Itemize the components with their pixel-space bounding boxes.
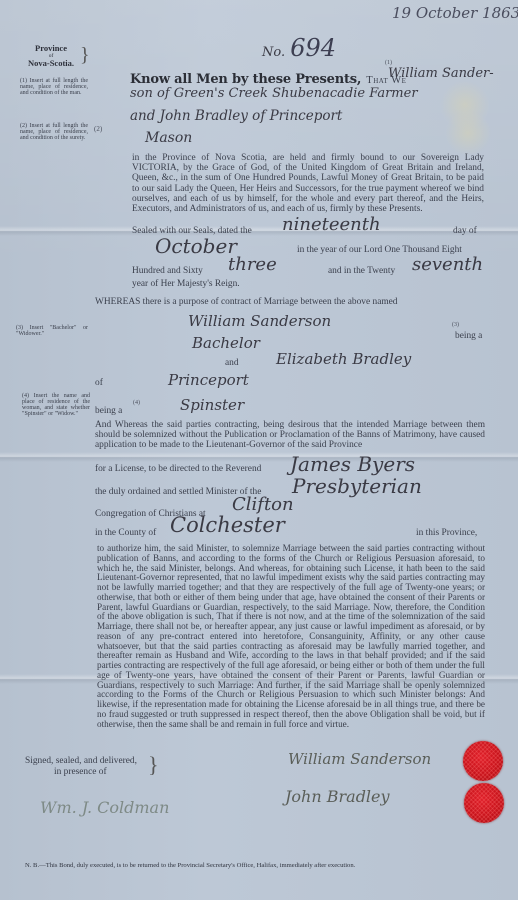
bride-residence: Princeport [168, 371, 249, 389]
heading-blackletter: Know all Men by these Presents, [130, 72, 361, 87]
hundred-sixty: Hundred and Sixty [132, 266, 203, 276]
groom-status: Bachelor [192, 334, 260, 352]
day-written: nineteenth [282, 214, 381, 235]
bride-status: Spinster [180, 396, 244, 414]
twenty: and in the Twenty [328, 266, 395, 276]
whereas-line: WHEREAS there is a purpose of contract o… [95, 297, 398, 307]
day-of: day of [453, 226, 477, 236]
denomination: Presbyterian [292, 474, 422, 498]
marriage-bond-document: 19 October 1863 No. 694 Province of Nova… [0, 0, 518, 900]
surety-occupation: Mason [145, 130, 192, 146]
license-reverend: for a License, to be directed to the Rev… [95, 464, 261, 474]
and-word: and [225, 358, 239, 368]
being-a-1: being a [455, 331, 482, 341]
heading: Know all Men by these Presents, That We [130, 68, 406, 87]
wax-seal-surety [464, 783, 504, 823]
condition-paragraph: to authorize him, the said Minister, to … [97, 544, 485, 729]
county: Colchester [170, 513, 285, 537]
marker-3: (3) [452, 322, 459, 328]
county-of: in the County of [95, 528, 156, 538]
wax-seal-principal [463, 741, 503, 781]
bond-paragraph: in the Province of Nova Scotia, are held… [132, 153, 484, 214]
margin-note-4: (4) Insert the name and place of residen… [22, 393, 90, 417]
reign-line: year of Her Majesty's Reign. [132, 279, 240, 289]
being-a-2: being a [95, 406, 122, 416]
principal-line1: William Sander- [388, 66, 494, 81]
bride-name: Elizabeth Bradley [276, 350, 411, 368]
surety-signature: John Bradley [285, 787, 390, 806]
in-province: in this Province, [416, 528, 477, 538]
brace: } [80, 45, 90, 65]
witness-signature: Wm. J. Coldman [40, 798, 169, 817]
province-word: Province [20, 44, 82, 53]
reign-year-written: seventh [412, 254, 483, 275]
marker-4: (4) [133, 400, 140, 406]
number-value: 694 [290, 34, 336, 62]
margin-note-2: (2) Insert at full length the name, plac… [20, 123, 88, 141]
paper-fold [0, 452, 518, 462]
year-written: three [228, 254, 277, 275]
margin-note-3: (3) Insert "Bachelor" or "Widower." [16, 325, 88, 337]
province-block: Province of Nova-Scotia. [20, 44, 82, 68]
principal-line2: son of Green's Creek Shubenacadie Farmer [130, 86, 418, 101]
marker-2: (2) [94, 125, 102, 133]
of-word: of [95, 378, 103, 388]
bond-number: No. 694 [262, 34, 336, 62]
minister-name: James Byers [290, 452, 415, 476]
principal-signature: William Sanderson [288, 750, 431, 768]
paper-fold [0, 226, 518, 236]
paper-stain [445, 110, 491, 156]
footer-note: N. B.—This Bond, duly executed, is to be… [25, 862, 355, 869]
signed-line2: in presence of [54, 767, 107, 777]
number-label: No. [262, 45, 285, 60]
archive-date: 19 October 1863 [392, 4, 518, 22]
surety-line: and John Bradley of Princeport [130, 108, 342, 124]
groom-name: William Sanderson [188, 312, 331, 330]
signed-line1: Signed, sealed, and delivered, [25, 756, 137, 766]
brace-signed: } [148, 754, 159, 776]
province-name: Nova-Scotia. [20, 59, 82, 68]
margin-note-1: (1) Insert at full length the name, plac… [20, 78, 88, 96]
month-written: October [155, 234, 237, 258]
and-whereas-paragraph: And Whereas the said parties contracting… [95, 420, 485, 451]
congregation: Clifton [232, 494, 294, 515]
